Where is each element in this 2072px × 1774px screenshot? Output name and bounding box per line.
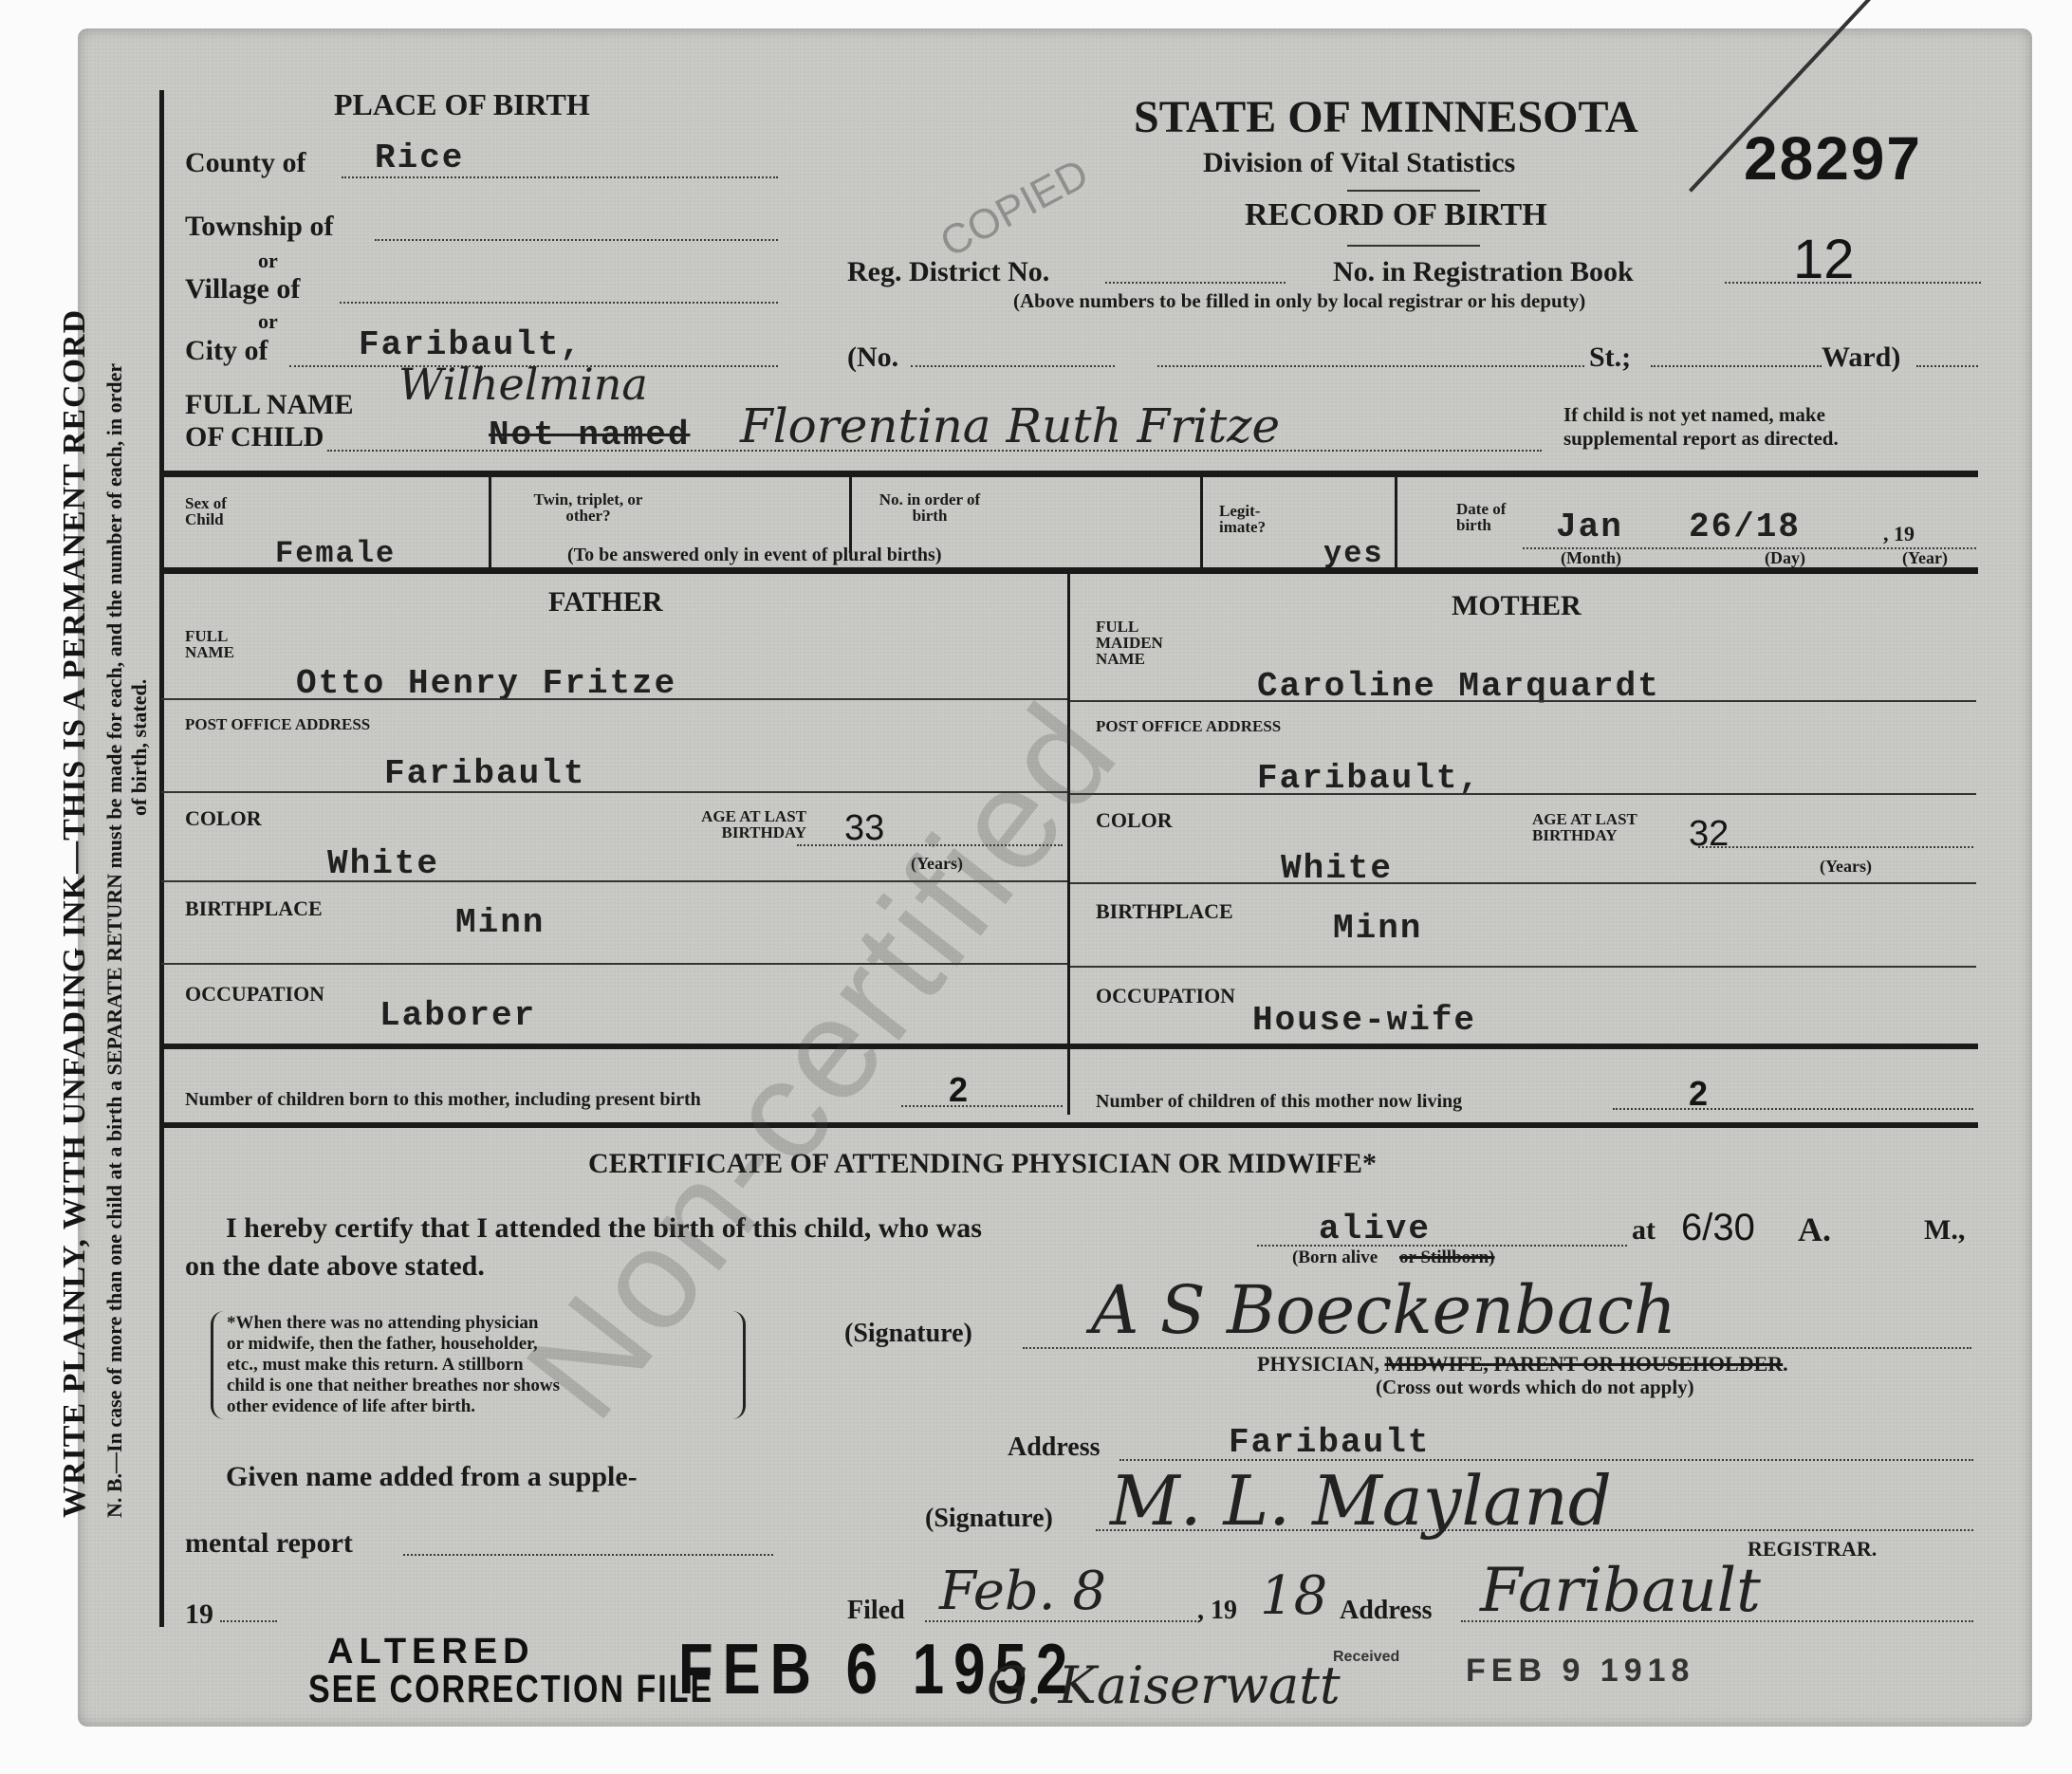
reg-book-value: 12 [1793,228,1855,291]
physician-address-value: Faribault [1229,1423,1430,1462]
place-of-birth-heading: PLACE OF BIRTH [334,87,590,122]
divider [1347,245,1480,247]
sex-label: Sex of Child [185,495,251,527]
physician-signature-label: (Signature) [844,1319,972,1349]
altered-initials: G. Kaiserwatt [987,1655,1341,1715]
received-label: Received [1333,1649,1399,1666]
physician-title: PHYSICIAN, MIDWIFE, PARENT OR HOUSEHOLDE… [1257,1352,1788,1377]
col-divider [489,477,491,567]
record-title: RECORD OF BIRTH [1245,197,1547,233]
margin-note-2: of birth, stated. [127,679,152,816]
street-no-line [911,365,1115,367]
street-line [1157,365,1584,367]
reg-district-line [1105,282,1286,284]
born-alive-caption: (Born alive [1292,1247,1378,1268]
cross-out-note: (Cross out words which do not apply) [1376,1376,1694,1399]
section-rule [161,1122,1978,1128]
section-rule [161,471,1978,477]
filed-year-prefix: , 19 [1197,1596,1237,1626]
full-name-label: FULL NAME [185,389,354,421]
reg-book-label: No. in Registration Book [1333,256,1634,288]
township-label: Township of [185,211,333,243]
given-name-added: Wilhelmina [398,359,648,410]
dob-day: 26/18 [1689,508,1801,546]
section-rule [161,1044,1978,1049]
see-correction-stamp: SEE CORRECTION FILE [308,1668,713,1712]
reg-note: (Above numbers to be filled in only by l… [1013,289,1585,313]
children-living-label: Number of children of this mother now li… [1096,1091,1462,1113]
father-address-label: POST OFFICE ADDRESS [185,716,375,732]
day-caption: (Day) [1765,548,1805,568]
left-border-rule [159,90,164,1627]
mother-age-caption: (Years) [1820,857,1872,877]
or-label: or [258,249,278,273]
margin-instruction: WRITE PLAINLY, WITH UNFADING INK—THIS IS… [57,309,93,1518]
title-end: . [1783,1352,1788,1376]
section-rule [161,567,1978,574]
st-label: St.; [1589,342,1631,374]
not-named-note: If child is not yet named, make [1563,403,1825,427]
mother-age-label: AGE AT LAST BIRTHDAY [1532,811,1712,843]
divider [1347,190,1480,192]
margin-note: N. B.—In case of more than one child at … [102,363,127,1518]
row-line [1070,793,1976,795]
physician-signature: A S Boeckenbach [1091,1271,1676,1349]
mother-address-label: POST OFFICE ADDRESS [1096,718,1286,734]
village-line [340,302,778,304]
registrar-signature: M. L. Mayland [1110,1461,1612,1541]
filed-year-value: 18 [1260,1565,1327,1627]
row-line [1070,882,1976,884]
time-value: 6/30 [1681,1207,1755,1249]
or-label: or [258,309,278,334]
state-title: STATE OF MINNESOTA [1134,91,1638,143]
am-value: A. [1798,1210,1831,1249]
row-line [161,698,1067,700]
not-named-note-2: supplemental report as directed. [1563,427,1839,451]
filed-value: Feb. 8 [939,1561,1106,1622]
year-caption: (Year) [1902,548,1948,568]
children-born-value: 2 [949,1070,968,1110]
father-heading: FATHER [548,586,663,619]
filed-address-label: Address [1340,1596,1433,1626]
father-occupation-label: OCCUPATION [185,982,324,1007]
mother-birthplace-value: Minn [1333,909,1422,948]
village-label: Village of [185,273,300,305]
father-color-label: COLOR [185,806,262,831]
alive-line [1257,1245,1627,1247]
title-kept: PHYSICIAN, [1257,1352,1379,1376]
mother-heading: MOTHER [1452,590,1582,622]
children-born-line [901,1105,1063,1107]
month-caption: (Month) [1561,548,1621,568]
children-born-label: Number of children born to this mother, … [185,1089,701,1111]
father-occupation-value: Laborer [379,996,536,1035]
received-date-stamp: FEB 9 1918 [1466,1653,1694,1690]
dob-year-prefix: , 19 [1883,522,1915,546]
dob-month: Jan [1556,508,1623,546]
legit-value: yes [1323,536,1384,571]
father-age-value: 33 [844,808,884,849]
mother-birthplace-label: BIRTHPLACE [1096,899,1233,924]
col-divider [849,477,852,553]
mother-age-line [1698,846,1973,848]
mother-age-value: 32 [1689,814,1729,855]
plural-note: (To be answered only in event of plural … [567,545,941,566]
row-line [1070,700,1976,702]
certify-text-2: on the date above stated. [185,1250,485,1283]
alive-value: alive [1319,1210,1431,1248]
reg-district-label: Reg. District No. [847,256,1049,288]
given-name-line [403,1554,773,1556]
sex-value: Female [275,536,396,571]
county-value: Rice [375,139,464,177]
twin-label: Twin, triplet, or other? [517,491,659,524]
at-label: at [1632,1214,1656,1247]
of-child-label: OF CHILD [185,421,324,453]
division-title: Division of Vital Statistics [1203,147,1515,179]
county-label: County of [185,147,306,179]
father-color-value: White [327,844,439,883]
township-line [375,239,778,241]
mother-name-label: FULL MAIDEN NAME [1096,619,1162,667]
title-struck: MIDWIFE, PARENT OR HOUSEHOLDER [1384,1352,1783,1376]
m-label: M., [1924,1214,1965,1247]
father-address-value: Faribault [384,754,585,793]
mother-occupation-value: House-wife [1252,1001,1476,1040]
given-year-prefix: 19 [185,1598,213,1631]
not-named-struck: Not named [489,416,690,454]
registrar-label: REGISTRAR. [1748,1537,1877,1561]
registrar-signature-label: (Signature) [925,1504,1053,1534]
filed-label: Filed [847,1596,905,1626]
given-year-line [220,1620,277,1622]
street-no-label: (No. [847,342,898,374]
given-name-label-2: mental report [185,1527,353,1560]
stillborn-struck: or Stillborn) [1399,1247,1494,1268]
col-divider [1200,477,1203,567]
children-living-value: 2 [1689,1074,1708,1114]
mother-occupation-label: OCCUPATION [1096,984,1235,1008]
certificate-number: 28297 [1744,123,1922,194]
ward-line [1916,365,1978,367]
child-name-value: Florentina Ruth Fritze [740,398,1280,453]
city-label: City of [185,335,268,367]
given-name-label: Given name added from a supple- [226,1461,638,1493]
mother-address-value: Faribault, [1257,759,1481,798]
physician-address-label: Address [1008,1432,1101,1463]
father-birthplace-label: BIRTHPLACE [185,896,323,921]
st-line [1651,365,1822,367]
row-line [1070,966,1976,968]
filed-address-value: Faribault [1480,1556,1761,1626]
altered-stamp: ALTERED [327,1632,535,1672]
children-living-line [1613,1108,1973,1110]
father-name-label: FULL NAME [185,628,242,660]
col-divider [1395,477,1397,567]
dob-label: Date of birth [1456,501,1513,533]
father-age-label: AGE AT LAST BIRTHDAY [626,808,806,841]
ward-label: Ward) [1822,342,1900,374]
father-name-value: Otto Henry Fritze [296,664,676,703]
order-label: No. in order of birth [873,491,987,524]
father-birthplace-value: Minn [455,903,545,942]
legit-label: Legit- imate? [1219,503,1286,535]
